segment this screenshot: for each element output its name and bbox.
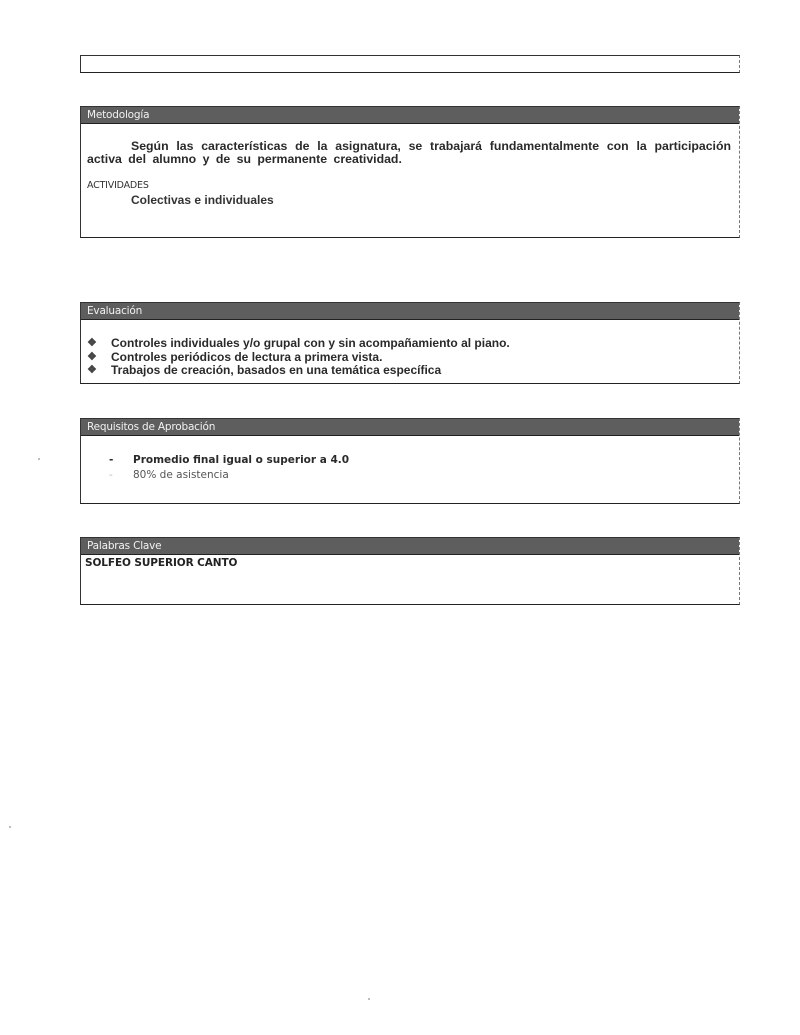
list-item: ❖ Trabajos de creación, basados en una t… <box>87 364 739 378</box>
list-item: ❖ Controles periódicos de lectura a prim… <box>87 351 739 365</box>
section-evaluacion: Evaluación ❖ Controles individuales y/o … <box>80 302 740 384</box>
section-palabras-clave: Palabras Clave SOLFEO SUPERIOR CANTO <box>80 537 740 605</box>
list-item-text: 80% de asistencia <box>133 468 229 483</box>
list-item-text: Promedio final igual o superior a 4.0 <box>133 453 349 468</box>
list-item: - Promedio final igual o superior a 4.0 <box>109 453 739 468</box>
metodologia-paragraph: Según las características de la asignatu… <box>87 140 731 166</box>
section-header-palabras-clave: Palabras Clave <box>81 538 739 555</box>
list-item-text: Trabajos de creación, basados en una tem… <box>111 364 441 378</box>
scan-speck <box>38 458 40 460</box>
list-item: ❖ Controles individuales y/o grupal con … <box>87 337 739 351</box>
scan-speck <box>368 998 370 1000</box>
list-item-text: Controles periódicos de lectura a primer… <box>111 351 382 365</box>
section-metodologia: Metodología Según las características de… <box>80 106 740 238</box>
list-item: - 80% de asistencia <box>109 468 739 483</box>
list-item-text: Controles individuales y/o grupal con y … <box>111 337 510 351</box>
section-header-evaluacion: Evaluación <box>81 303 739 320</box>
dash-bullet-icon: - <box>109 468 133 483</box>
evaluacion-list: ❖ Controles individuales y/o grupal con … <box>87 337 739 378</box>
section-header-metodologia: Metodología <box>81 107 739 124</box>
dash-bullet-icon: - <box>109 453 133 468</box>
scan-speck <box>9 826 11 828</box>
activities-label: ACTIVIDADES <box>87 180 739 191</box>
keywords-value: SOLFEO SUPERIOR CANTO <box>85 557 739 569</box>
empty-box <box>80 55 740 73</box>
diamond-bullet-icon: ❖ <box>87 364 111 378</box>
section-header-requisitos: Requisitos de Aprobación <box>81 419 739 436</box>
diamond-bullet-icon: ❖ <box>87 351 111 365</box>
activities-value: Colectivas e individuales <box>131 193 739 207</box>
diamond-bullet-icon: ❖ <box>87 337 111 351</box>
section-requisitos: Requisitos de Aprobación - Promedio fina… <box>80 418 740 504</box>
requisitos-list: - Promedio final igual o superior a 4.0 … <box>109 453 739 483</box>
